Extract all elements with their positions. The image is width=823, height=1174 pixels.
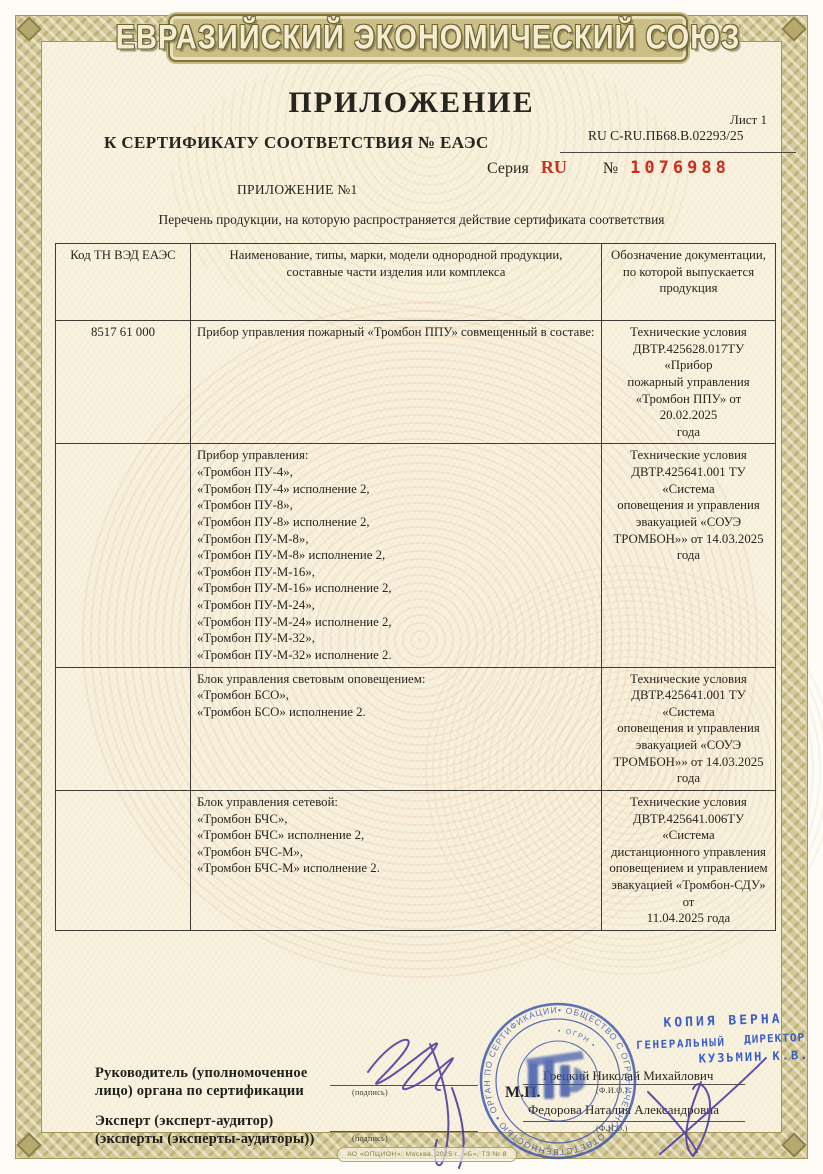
certificate-label: К СЕРТИФИКАТУ СООТВЕТСТВИЯ № ЕАЭС <box>104 133 489 153</box>
cell-code <box>56 790 191 930</box>
col-header-code: Код ТН ВЭД ЕАЭС <box>56 244 191 321</box>
copy-verified-line: ДИРЕКТОР <box>744 1031 805 1046</box>
cell-doc: Технические условия ДВТР.425641.001 ТУ «… <box>602 444 776 667</box>
page-title: ПРИЛОЖЕНИЕ <box>0 86 823 120</box>
expert-name: Федорова Наталия Александровна <box>528 1102 719 1118</box>
signature-caption: (подпись) <box>352 1134 388 1143</box>
table-row: Прибор управления: «Тромбон ПУ-4», «Тром… <box>56 444 776 667</box>
cell-doc: Технические условия ДВТР.425628.017ТУ «П… <box>602 321 776 444</box>
table-row: 8517 61 000 Прибор управления пожарный «… <box>56 321 776 444</box>
products-table: Код ТН ВЭД ЕАЭС Наименование, типы, марк… <box>55 243 776 931</box>
printer-imprint: АО «ОПЦИОН», Москва, 2025 г., «Б», ТЗ № … <box>337 1147 517 1162</box>
cell-code: 8517 61 000 <box>56 321 191 444</box>
col-header-name: Наименование, типы, марки, модели одноро… <box>191 244 602 321</box>
fio-caption: (Ф.И.О.) <box>596 1086 628 1095</box>
blank-number: 1076988 <box>630 158 730 178</box>
eaeu-banner-title: ЕВРАЗИЙСКИЙ ЭКОНОМИЧЕСКИЙ СОЮЗ <box>116 19 741 58</box>
cell-code <box>56 667 191 790</box>
cell-doc: Технические условия ДВТР.425641.001 ТУ «… <box>602 667 776 790</box>
signature-line-head <box>330 1085 478 1086</box>
fio-caption: (Ф.И.О.) <box>596 1124 628 1133</box>
cell-code <box>56 444 191 667</box>
series-line: Серия RU № 1076988 <box>487 157 730 178</box>
table-header-row: Код ТН ВЭД ЕАЭС Наименование, типы, марк… <box>56 244 776 321</box>
sheet-number: Лист 1 <box>730 112 767 128</box>
annex-label: ПРИЛОЖЕНИЕ №1 <box>237 182 358 198</box>
head-name: Грецкий Николай Михайлович <box>543 1068 713 1084</box>
expert-label: Эксперт (эксперт-аудитор) (эксперты (экс… <box>95 1112 314 1149</box>
cell-name: Блок управления световым оповещением: «Т… <box>191 667 602 790</box>
certificate-number-underline <box>560 152 796 153</box>
certificate-number: RU С-RU.ПБ68.В.02293/25 <box>588 128 744 144</box>
signature-line-expert <box>330 1131 478 1132</box>
stamp-place-label: М.П. <box>505 1084 541 1102</box>
cell-name: Блок управления сетевой: «Тромбон БЧС», … <box>191 790 602 930</box>
fio-line-expert <box>523 1121 745 1122</box>
number-sign: № <box>603 160 618 177</box>
cell-name: Прибор управления: «Тромбон ПУ-4», «Тром… <box>191 444 602 667</box>
certificate-page: ЕВРАЗИЙСКИЙ ЭКОНОМИЧЕСКИЙ СОЮЗ ПРИЛОЖЕНИ… <box>0 0 823 1174</box>
series-value: RU <box>541 157 567 177</box>
head-of-body-label: Руководитель (уполномоченное лицо) орган… <box>95 1064 308 1101</box>
fio-line-head <box>523 1084 745 1085</box>
table-row: Блок управления световым оповещением: «Т… <box>56 667 776 790</box>
cell-name: Прибор управления пожарный «Тромбон ППУ»… <box>191 321 602 444</box>
cell-doc: Технические условия ДВТР.425641.006ТУ «С… <box>602 790 776 930</box>
col-header-doc: Обозначение документации, по которой вып… <box>602 244 776 321</box>
eaeu-banner: ЕВРАЗИЙСКИЙ ЭКОНОМИЧЕСКИЙ СОЮЗ <box>168 14 688 62</box>
signature-caption: (подпись) <box>352 1088 388 1097</box>
products-subtitle: Перечень продукции, на которую распростр… <box>0 212 823 228</box>
printer-imprint-text: АО «ОПЦИОН», Москва, 2025 г., «Б», ТЗ № … <box>347 1151 507 1158</box>
series-label: Серия <box>487 160 529 177</box>
table-row: Блок управления сетевой: «Тромбон БЧС», … <box>56 790 776 930</box>
